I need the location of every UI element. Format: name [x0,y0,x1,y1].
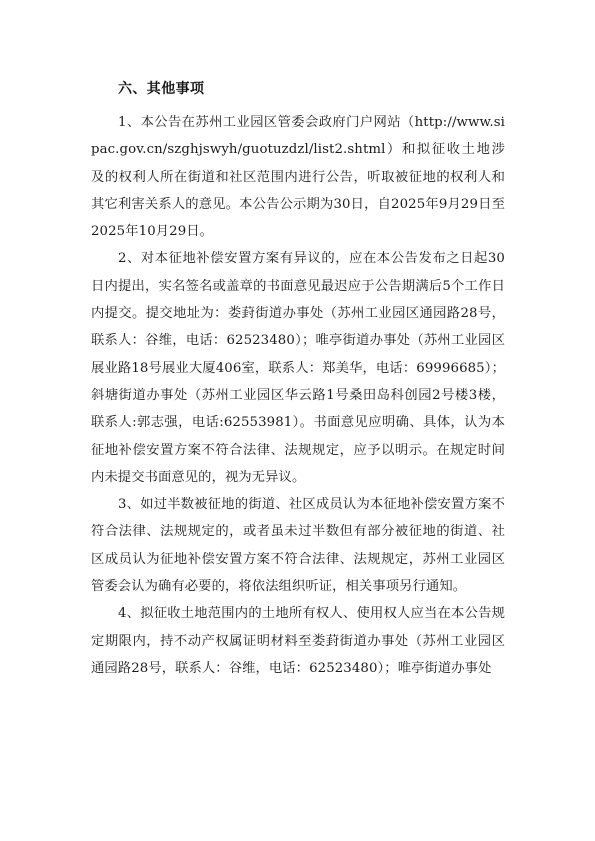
section-heading: 六、其他事项 [91,76,505,102]
paragraph-1-publicity-notice: 1、本公告在苏州工业园区管委会政府门户网站（http://www.sipac.g… [91,109,505,245]
paragraph-4-rights-holders: 4、拟征收土地范围内的土地所有权人、使用权人应当在本公告规定期限内，持不动产权属… [91,600,505,682]
document-body: 六、其他事项 1、本公告在苏州工业园区管委会政府门户网站（http://www.… [91,76,505,682]
document-page: 六、其他事项 1、本公告在苏州工业园区管委会政府门户网站（http://www.… [0,0,595,841]
paragraph-2-objection-procedure: 2、对本征地补偿安置方案有异议的，应在本公告发布之日起30日内提出，实名签名或盖… [91,245,505,491]
paragraph-3-hearing: 3、如过半数被征地的街道、社区成员认为本征地补偿安置方案不符合法律、法规规定的，… [91,491,505,600]
